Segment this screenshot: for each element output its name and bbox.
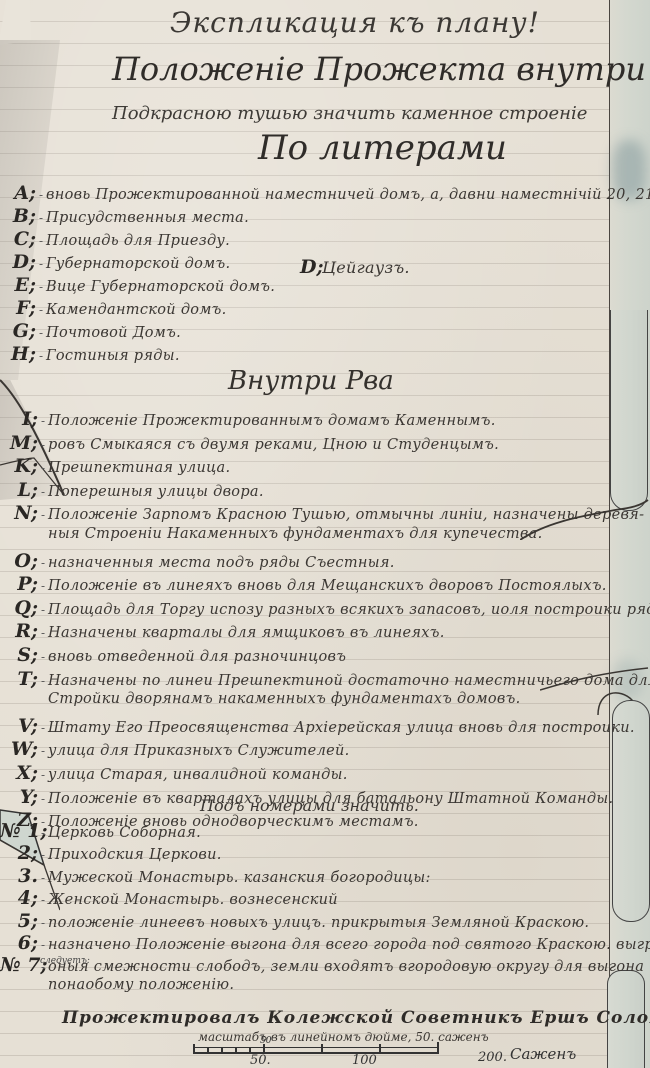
line6-note: следуетъ: [40,956,90,966]
legend-key: № 7; [0,954,38,976]
numbers-heading: Подъ номерами значить. [200,796,419,815]
legend-text: Почтовой Домъ. [46,325,181,341]
legend-text: Приходския Церкови. [48,847,222,863]
separator: - [38,603,48,617]
legend-key: 4; [0,887,38,909]
separator: - [38,414,48,428]
legend-key: D; [300,256,322,278]
separator: - [38,848,48,862]
scale-caption: масштабъ въ линейномъ дюйме, 50. саженъ [198,1030,489,1044]
legend-entry: W;-улица для Приказныхъ Служителей. [0,738,350,760]
legend-key: 3. [0,865,38,887]
legend-entry: B;-Присудственныя места. [0,205,249,227]
legend-text: Церковь Соборная. [48,825,201,841]
legend-entry: A;-вновь Прожектированной наместничей до… [0,182,650,204]
separator: - [38,579,48,593]
legend-text: Женской Монастырь. вознесенский [48,892,338,908]
legend-key: N; [0,502,38,524]
scale-top-mark: 50 [260,1036,271,1046]
legend-key: D; [0,251,36,273]
separator: - [38,871,48,885]
legend-entry: L;-Поперешныя улицы двора. [0,479,264,501]
separator: - [36,234,46,248]
separator: - [38,792,48,806]
legend-text: Камендантской домъ. [46,302,227,318]
legend-text: Назначены по линеи Прешпектиной достаточ… [48,673,650,689]
separator: - [36,303,46,317]
legend-key: H; [0,343,36,365]
legend-key: Y; [0,786,38,808]
legend-key: X; [0,762,38,784]
legend-key: O; [0,550,38,572]
legend-entry: Стройки дворянамъ накаменныхъ фундамента… [0,691,521,713]
separator: - [38,674,48,688]
legend-key: K; [0,455,38,477]
legend-key: S; [0,644,38,666]
legend-text: Положеніе Прожектированнымъ домамъ Камен… [48,413,496,429]
legend-entry: 4;-Женской Монастырь. вознесенский [0,887,338,909]
legend-key: 2; [0,842,38,864]
scale-unit: Саженъ [510,1045,576,1063]
scale-label-50: 50. [250,1053,271,1068]
legend-text: назначено Положеніе выгона для всего гор… [48,937,650,953]
legend-entry: K;-Прешпектиная улица. [0,455,230,477]
legend-entry: 6;-назначено Положеніе выгона для всего … [0,932,650,954]
legend-text: ныя Строеніи Накаменныхъ фундаментахъ дл… [48,526,543,542]
legend-entry: Q;-Площадь для Торгу испозу разныхъ всяк… [0,597,650,619]
legend-entry: F;-Камендантской домъ. [0,297,227,319]
legend-key: L; [0,479,38,501]
legend-key: 5; [0,910,38,932]
legend-text: Гостиныя ряды. [46,348,180,364]
legend-entry: понаобому положенію. [0,977,234,999]
separator: - [38,438,48,452]
legend-entry: № 1;-Церковь Соборная. [0,820,201,842]
separator: - [36,326,46,340]
legend-entry: 2;-Приходския Церкови. [0,842,222,864]
author-signature: Прожектировалъ Колежской Советникъ Ершъ … [62,1008,650,1028]
legend-text: Положеніе въ линеяхъ вновь для Мещанских… [48,578,607,594]
legend-key: V; [0,715,38,737]
separator: - [38,650,48,664]
separator: - [36,280,46,294]
inside-moat-heading: Внутри Рва [228,366,394,396]
legend-key: P; [0,573,38,595]
legend-entry: R;-Назначены кварталы для ямщиковъ въ ли… [0,620,445,642]
legend-text: Штату Его Преосвященства Архіерейская ул… [48,720,635,736]
legend-text: улица для Приказныхъ Служителей. [48,743,350,759]
legend-key: № 1; [0,820,38,842]
separator: - [36,349,46,363]
legend-key: W; [0,738,38,760]
legend-text: Прешпектиная улица. [48,460,230,476]
separator: - [36,188,46,202]
legend-entry: O;-назначенныя места подъ ряды Съестныя. [0,550,395,572]
legend-entry: H;-Гостиныя ряды. [0,343,180,365]
legend-text: понаобому положенію. [48,977,234,993]
separator: - [38,461,48,475]
separator: - [38,556,48,570]
separator: - [38,744,48,758]
separator: - [38,768,48,782]
legend-key: E; [0,274,36,296]
separator: - [38,893,48,907]
legend-text: Губернаторской домъ. [46,256,230,272]
legend-text: Стройки дворянамъ накаменныхъ фундамента… [48,691,521,707]
red-ink-note: Подкрасною тушью значить каменное строен… [112,103,587,124]
legend-entry: D;-Губернаторской домъ. [0,251,230,273]
legend-entry: T;-Назначены по линеи Прешпектиной доста… [0,668,650,690]
separator: - [36,211,46,225]
legend-text: вновь отведенной для разночинцовъ [48,649,346,665]
scale-label-200: 200. [478,1050,507,1065]
legend-entry: X;-улица Старая, инвалидной команды. [0,762,348,784]
legend-entry-arsenal: D; Цейгаузъ. [300,256,410,278]
legend-entry: P;-Положеніе въ линеяхъ вновь для Мещанс… [0,573,607,595]
legend-entry: G;-Почтовой Домъ. [0,320,181,342]
legend-text: Площадь для Приезду. [46,233,230,249]
legend-key: 6; [0,932,38,954]
scale-label-100: 100 [352,1053,377,1068]
legend-key: B; [0,205,36,227]
legend-text: Назначены кварталы для ямщиковъ въ линея… [48,625,445,641]
legend-key: G; [0,320,36,342]
legend-text: Вице Губернаторской домъ. [46,279,275,295]
legend-entry: V;-Штату Его Преосвященства Архіерейская… [0,715,635,737]
legend-text: Поперешныя улицы двора. [48,484,264,500]
document-heading: Положеніе Прожекта внутри рва. [112,50,650,88]
separator: - [38,626,48,640]
legend-entry: S;-вновь отведенной для разночинцовъ [0,644,346,666]
document-title: Экспликация къ плану! [170,6,540,39]
legend-key: T; [0,668,38,690]
legend-text: Присудственныя места. [46,210,249,226]
separator: - [38,485,48,499]
legend-text: Площадь для Торгу испозу разныхъ всякихъ… [48,602,650,618]
legend-entry: ныя Строеніи Накаменныхъ фундаментахъ дл… [0,526,543,548]
legend-entry: M;-ровъ Смыкаяся съ двумя реками, Цною и… [0,432,499,454]
separator: - [38,826,48,840]
legend-text: улица Старая, инвалидной команды. [48,767,348,783]
letters-heading: По литерами [258,128,507,168]
legend-entry: 5;-положеніе линеевъ новыхъ улицъ. прикр… [0,910,589,932]
legend-entry: C;-Площадь для Приезду. [0,228,230,250]
separator: - [38,916,48,930]
legend-key: I; [0,408,38,430]
separator: - [38,721,48,735]
legend-entry: N;-Положеніе Зарпомъ Красною Тушью, отмы… [0,502,644,524]
legend-text: назначенныя места подъ ряды Съестныя. [48,555,395,571]
legend-entry: 3.-Мужеской Монастырь. казанския богород… [0,865,431,887]
separator: - [38,508,48,522]
legend-text: Положеніе Зарпомъ Красною Тушью, отмычны… [48,507,644,523]
legend-text: ровъ Смыкаяся съ двумя реками, Цною и Ст… [48,437,499,453]
legend-entry: № 7;-оныя смежности слободъ, земли входя… [0,954,644,976]
legend-key: Q; [0,597,38,619]
legend-entry: E;-Вице Губернаторской домъ. [0,274,275,296]
legend-text: Цейгаузъ. [322,258,410,277]
legend-key: C; [0,228,36,250]
legend-key: R; [0,620,38,642]
separator: - [36,257,46,271]
legend-key: A; [0,182,36,204]
scale-bar [193,1047,439,1054]
separator: - [38,938,48,952]
legend-text: вновь Прожектированной наместничей домъ,… [46,187,650,203]
legend-text: оныя смежности слободъ, земли входятъ вг… [48,959,644,975]
legend-text: положеніе линеевъ новыхъ улицъ. прикрыты… [48,915,589,931]
legend-key: F; [0,297,36,319]
legend-entry: I;-Положеніе Прожектированнымъ домамъ Ка… [0,408,496,430]
legend-text: Мужеской Монастырь. казанския богородицы… [48,870,431,886]
legend-key: M; [0,432,38,454]
